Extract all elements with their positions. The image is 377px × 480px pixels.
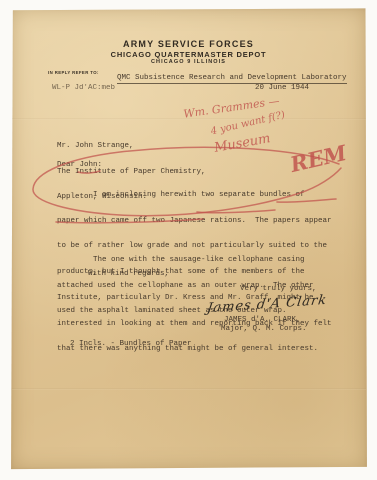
enclosure-note: 2 Incls. - Bundles of Paper <box>70 340 192 348</box>
scanned-letter: ARMY SERVICE FORCES CHICAGO QUARTERMASTE… <box>0 0 377 480</box>
para1-line: paper which came off two Japanese ration… <box>57 217 332 227</box>
para1-line: I am inclosing herewith two separate bun… <box>57 191 332 201</box>
letterhead-depot: CHICAGO QUARTERMASTER DEPOT <box>0 50 377 59</box>
signature-typed-title: Major, Q. M. Corps. <box>221 325 307 333</box>
para2-line: The one with the sausage-like cellophane… <box>57 256 314 266</box>
closing-valediction: Very truly yours, <box>240 285 317 293</box>
closing-regards: With kind regards, <box>88 270 169 278</box>
salutation: Dear John: <box>57 161 102 169</box>
letterhead-city: CHICAGO 9 ILLINOIS <box>0 59 377 65</box>
reference-code: WL-P Jd'AC:meb <box>52 84 115 92</box>
fold-crease-bottom <box>12 388 366 390</box>
signature-typed-name: JAMES d'A. CLARK, <box>224 316 301 324</box>
salutation-name: John <box>80 161 98 169</box>
reply-refer-label: IN REPLY REFER TO: <box>48 70 99 75</box>
reply-refer-value: QMC Subsistence Research and Development… <box>99 66 347 90</box>
letterhead-org: ARMY SERVICE FORCES <box>0 39 377 49</box>
letter-date: 20 June 1944 <box>255 84 309 92</box>
salutation-colon: : <box>98 161 103 169</box>
recipient-name: Mr. John Strange, <box>57 142 206 152</box>
salutation-prefix: Dear <box>57 161 80 169</box>
